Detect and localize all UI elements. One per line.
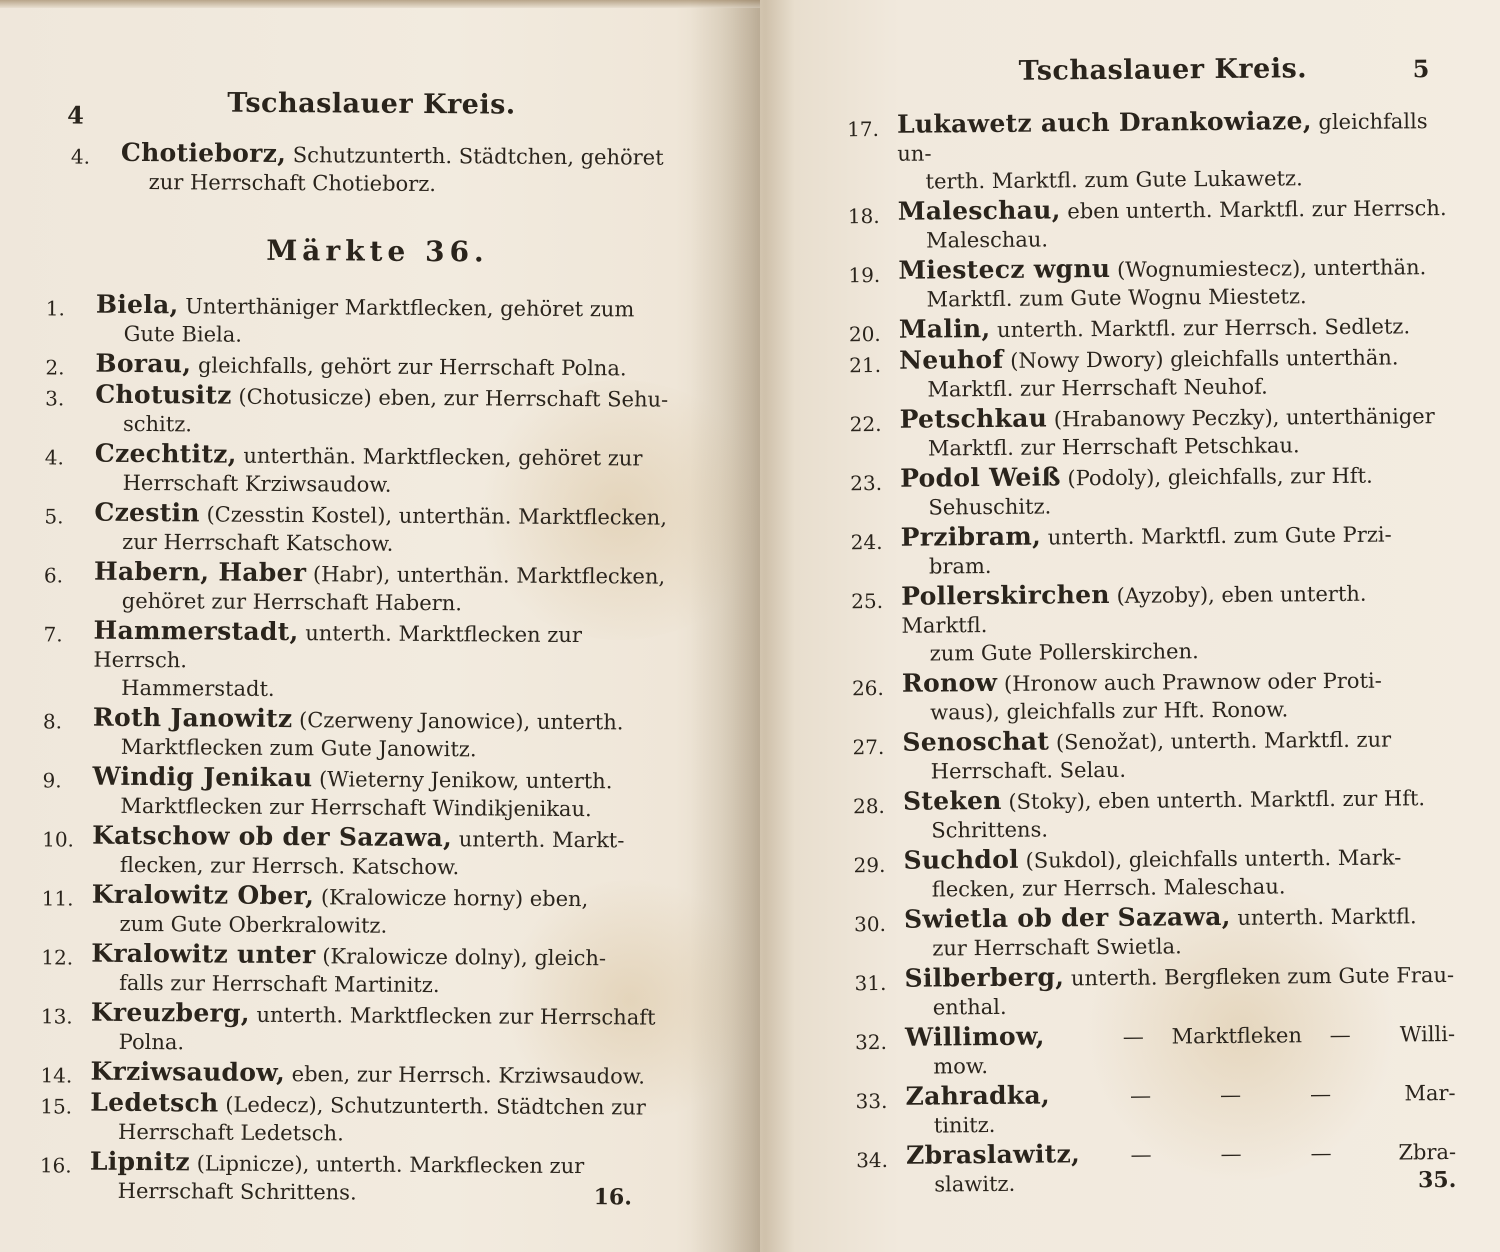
entry-description: (Kralowicze dolny), gleich- [322,944,606,970]
ditto-dash: — [1275,1080,1365,1109]
entry-number: 16. [40,1151,86,1179]
ditto-dash: — [1095,1022,1172,1051]
entry-description: Unterthäniger Marktflecken, gehöret zum [185,294,634,321]
list-item: 31.Silberberg, unterth. Bergfleken zum G… [854,960,1454,1022]
entry-description: unterth. Marktfl. zum Gute Przi- [1048,523,1392,550]
entry-number: 9. [42,766,88,794]
section-title: Märkte 36. [266,234,489,269]
entry-number: 4. [71,142,117,170]
entry-description: (Czerweny Janowice), unterth. [299,708,624,734]
entry-continuation: waus), gleichfalls zur Hft. Ronow. [902,694,1452,727]
entry-number: 26. [852,674,898,702]
entry-place: Kralowitz Ober, [92,880,315,911]
entry-continuation: Marktfl. zur Herrschaft Neuhof. [899,371,1449,404]
list-item: 20.Malin, unterth. Marktfl. zur Herrsch.… [849,311,1449,345]
entry-description: eben, zur Herrsch. Krziwsaudow. [292,1062,645,1088]
entry-place: Willimow, [905,1022,1095,1052]
entry-place: Czestin [94,498,200,528]
entry-number: 24. [851,528,897,556]
book-spread: 4 Tschaslauer Kreis. 4. Chotieborz, Schu… [0,0,1500,1252]
list-item: 24.Przibram, unterth. Marktfl. zum Gute … [851,519,1451,581]
entry-number: 14. [40,1061,86,1089]
entry-number: 17. [847,115,893,143]
list-item: 9.Windig Jenikau (Wieterny Jenikow, unte… [42,762,672,823]
entry-continuation: Sehuschitz. [900,489,1450,522]
entry-place: Chotusitz [95,380,232,410]
page-number: 4 [67,100,84,129]
entry-continuation: terth. Marktfl. zum Gute Lukawetz. [897,163,1447,196]
list-item: 18.Maleschau, eben unterth. Marktfl. zur… [848,193,1448,255]
entry-continuation: zur Herrschaft Chotieborz. [121,168,671,200]
entry-continuation: Herrschaft. Selau. [903,753,1453,786]
entry-description: (Stoky), eben unterth. Marktfl. zur Hft. [1008,786,1425,814]
entry-place: Zahradka, [905,1081,1095,1111]
entry-number: 32. [855,1028,901,1056]
list-item: 12.Kralowitz unter (Kralowicze dolny), g… [41,939,671,1000]
entry-description: (Sukdol), gleichfalls unterth. Mark- [1025,845,1401,872]
list-item: 11.Kralowitz Ober, (Kralowicze horny) eb… [41,880,671,941]
entry-owner: Mar- [1365,1079,1455,1108]
list-item: 16.Lipnitz (Lipnicze), unterth. Markflec… [40,1147,670,1208]
entry-continuation: flecken, zur Herrsch. Katschow. [92,851,672,883]
entry-place: Czechtitz, [95,439,237,469]
entry-description: unterth. Markt- [459,827,625,852]
entry-continuation: zur Herrschaft Swietla. [904,930,1454,963]
entry-description: (Wieterny Jenikow, unterth. [319,767,613,793]
entry-continuation: Polna. [91,1028,671,1060]
entry-continuation: gehöret zur Herrschaft Habern. [94,587,674,619]
entry-number: 12. [41,943,87,971]
list-item: 32. Willimow, — Marktfleken — Willi- mow… [855,1019,1455,1081]
entry-place: Pollerskirchen [901,580,1110,611]
list-item: 14.Krziwsaudow, eben, zur Herrsch. Krziw… [40,1057,670,1090]
dash-row: Zahradka, — — — Mar- [905,1078,1455,1112]
dash-row: Willimow, — Marktfleken — Willi- [905,1019,1455,1053]
ditto-dash: — [1096,1140,1186,1169]
entry-continuation: Schrittens. [903,812,1453,845]
entry-continuation: Maleschau. [898,222,1448,255]
ditto-dash: — [1302,1021,1379,1050]
list-item: 10.Katschow ob der Sazawa, unterth. Mark… [42,821,672,882]
ditto-dash: — [1186,1140,1276,1169]
entry-number: 10. [42,825,88,853]
entry-continuation: flecken, zur Herrsch. Maleschau. [904,871,1454,904]
carryover-entry: 4. Chotieborz, Schutzunterth. Städtchen,… [71,138,671,201]
entry-description: Schutzunterth. Städtchen, gehöret [293,143,664,170]
list-item: 3.Chotusitz (Chotusicze) eben, zur Herrs… [45,380,675,441]
ditto-dash: — [1095,1081,1185,1110]
list-item: 13.Kreuzberg, unterth. Marktflecken zur … [41,998,671,1059]
list-item: 15.Ledetsch (Ledecz), Schutzunterth. Stä… [40,1088,670,1149]
right-page: Tschaslauer Kreis. 5 17.Lukawetz auch Dr… [760,0,1500,1252]
entry-description: (Chotusicze) eben, zur Herrschaft Sehu- [238,385,668,412]
entry-number: 28. [853,792,899,820]
entry-continuation: Marktflecken zur Herrschaft Windikjenika… [92,792,672,824]
list-item: 4. Chotieborz, Schutzunterth. Städtchen,… [71,138,671,199]
entry-continuation: Marktfl. zum Gute Wognu Miestetz. [898,281,1448,314]
entry-continuation: enthal. [905,989,1455,1022]
entry-number: 33. [855,1087,901,1115]
entry-place: Miestecz wgnu [898,254,1110,285]
entry-place: Neuhof [899,345,1004,375]
entry-number: 13. [41,1002,87,1030]
entry-continuation: Herrschaft Schrittens. [90,1177,670,1209]
entry-number: 4. [45,443,91,471]
entry-description: (Wognumiestecz), unterthän. [1117,255,1426,282]
entry-continuation: Gute Biela. [96,320,676,352]
entry-list: 1.Biela, Unterthäniger Marktflecken, geh… [40,290,676,1210]
entry-number: 34. [856,1146,902,1174]
entry-number: 18. [848,202,894,230]
entry-place: Windig Jenikau [92,762,312,793]
entry-place: Chotieborz, [121,138,286,168]
list-item: 4.Czechtitz, unterthän. Marktflecken, ge… [45,439,675,500]
entry-number: 21. [849,351,895,379]
entry-place: Hammerstadt, [94,616,299,646]
entry-place: Senoschat [902,727,1049,757]
entry-continuation: slawitz. [906,1170,1015,1199]
list-item: 28.Steken (Stoky), eben unterth. Marktfl… [853,783,1453,845]
entry-number: 3. [45,384,91,412]
entry-place: Katschow ob der Sazawa, [92,821,452,853]
entry-continuation: zur Herrschaft Katschow. [94,528,674,560]
entry-number: 11. [42,884,88,912]
ditto-dash: — [1185,1081,1275,1110]
entry-place: Kralowitz unter [91,939,315,970]
list-item: 5.Czestin (Czesstin Kostel), unterthän. … [44,498,674,559]
list-item: 27.Senoschat (Senožat), unterth. Marktfl… [852,724,1452,786]
entry-place: Lipnitz [90,1147,190,1177]
list-item: 25.Pollerskirchen (Ayzoby), eben unterth… [851,578,1452,668]
entry-number: 6. [44,561,90,589]
entry-number: 29. [853,851,899,879]
entry-description: (Senožat), unterth. Marktfl. zur [1056,728,1391,755]
entry-continuation: mow. [905,1048,1455,1081]
list-item: 34. Zbraslawitz, — — — Zbra- slawitz. 35… [856,1137,1456,1199]
entry-place: Przibram, [901,522,1042,552]
entry-continuation: Hammerstadt. [93,674,673,706]
entry-place: Krziwsaudow, [90,1057,285,1087]
ditto-dash: — [1276,1139,1366,1168]
list-item: 26.Ronow (Hronow auch Prawnow oder Proti… [852,665,1452,727]
entry-continuation: schitz. [95,410,675,442]
entry-place: Habern, Haber [94,557,306,587]
list-item: 33. Zahradka, — — — Mar- tinitz. [855,1078,1455,1140]
entry-continuation: zum Gute Pollerskirchen. [902,635,1452,668]
page-number: 5 [1412,54,1429,83]
running-head: Tschaslauer Kreis. [227,88,516,121]
entry-place: Maleschau, [898,195,1061,225]
list-item: 19.Miestecz wgnu (Wognumiestecz), untert… [848,252,1448,314]
entry-continuation: Marktflecken zum Gute Janowitz. [93,733,673,765]
dash-row: Zbraslawitz, — — — Zbra- [906,1137,1456,1171]
entry-place: Podol Weiß [900,462,1061,492]
entry-continuation: bram. [901,548,1451,581]
list-item: 2.Borau, gleichfalls, gehört zur Herrsch… [45,349,675,382]
list-item: 1.Biela, Unterthäniger Marktflecken, geh… [46,290,676,351]
list-item: 21.Neuhof (Nowy Dwory) gleichfalls unter… [849,342,1449,404]
entry-number: 7. [43,620,89,648]
entry-number: 20. [849,320,895,348]
entry-description: Marktfleken [1171,1021,1302,1050]
entry-description: (Hronow auch Prawnow oder Proti- [1004,669,1382,696]
entry-number: 31. [854,969,900,997]
entry-description: unterth. Marktfl. zur Herrsch. Sedletz. [997,314,1410,342]
entry-place: Kreuzberg, [91,998,250,1028]
entry-continuation: Herrschaft Ledetsch. [90,1118,670,1150]
entry-continuation: falls zur Herrschaft Martinitz. [91,969,671,1001]
entry-description: unterth. Marktflecken zur Herrschaft [256,1003,655,1030]
entry-number: 25. [851,587,897,615]
entry-place: Malin, [899,314,991,344]
entry-place: Borau, [95,349,191,379]
entry-description: eben unterth. Marktfl. zur Herrsch. [1067,196,1446,223]
entry-number: 2. [45,353,91,381]
entry-number: 1. [46,294,92,322]
list-item: 23.Podol Weiß (Podoly), gleichfalls, zur… [850,460,1450,522]
entry-list: 17.Lukawetz auch Drankowiaze, gleichfall… [847,106,1456,1201]
catchword: 35. [1418,1166,1457,1194]
entry-description: unterthän. Marktflecken, gehöret zur [243,444,642,471]
entry-number: 5. [44,502,90,530]
entry-place: Roth Janowitz [93,703,293,733]
list-item: 29.Suchdol (Sukdol), gleichfalls unterth… [853,842,1453,904]
list-item: 30.Swietla ob der Sazawa, unterth. Markt… [854,901,1454,963]
entry-description: unterth. Bergfleken zum Gute Frau- [1071,963,1454,990]
entry-description: (Ledecz), Schutzunterth. Städtchen zur [225,1093,646,1120]
entry-number: 22. [850,410,896,438]
entry-continuation: tinitz. [906,1107,1456,1140]
entry-continuation: Marktfl. zur Herrschaft Petschkau. [900,430,1450,463]
entry-description: (Habr), unterthän. Marktflecken, [313,562,665,588]
entry-description: (Czesstin Kostel), unterthän. Marktfleck… [206,502,667,529]
entry-owner: Willi- [1378,1020,1455,1049]
entry-place: Silberberg, [904,962,1064,992]
entry-place: Swietla ob der Sazawa, [904,902,1231,934]
entry-description: (Lipnicze), unterth. Markflecken zur [197,1151,585,1178]
entry-description: (Podoly), gleichfalls, zur Hft. [1067,464,1372,491]
entry-continuation: zum Gute Oberkralowitz. [91,910,671,942]
list-item: 6.Habern, Haber (Habr), unterthän. Markt… [44,557,674,618]
entry-place: Steken [903,786,1002,816]
entry-place: Ledetsch [90,1088,218,1118]
list-item: 7.Hammerstadt, unterth. Marktflecken zur… [43,616,674,705]
entry-number: 23. [850,469,896,497]
entry-continuation: Herrschaft Krziwsaudow. [95,469,675,501]
left-page: 4 Tschaslauer Kreis. 4. Chotieborz, Schu… [0,0,760,1252]
entry-place: Ronow [902,668,998,698]
entry-place: Lukawetz auch Drankowiaze, [897,106,1312,139]
entry-place: Petschkau [900,404,1048,434]
list-item: 8.Roth Janowitz (Czerweny Janowice), unt… [43,703,673,764]
list-item: 22.Petschkau (Hrabanowy Peczky), unterth… [850,401,1450,463]
entry-description: (Kralowicze horny) eben, [321,885,589,911]
running-head: Tschaslauer Kreis. [1018,53,1307,87]
entry-place: Zbraslawitz, [906,1140,1096,1170]
list-item: 17.Lukawetz auch Drankowiaze, gleichfall… [847,106,1448,196]
entry-number: 27. [852,733,898,761]
catchword: 16. [594,1184,632,1210]
entry-description: (Hrabanowy Peczky), unterthäniger [1054,404,1435,431]
entry-place: Suchdol [903,845,1019,875]
entry-number: 15. [40,1092,86,1120]
entry-description: (Nowy Dwory) gleichfalls unterthän. [1010,345,1399,372]
entry-number: 30. [854,910,900,938]
entry-number: 19. [848,261,894,289]
entry-number: 8. [43,707,89,735]
entry-owner: Zbra- [1366,1138,1456,1167]
entry-description: unterth. Marktfl. [1237,904,1416,930]
entry-place: Biela, [96,290,179,320]
entry-description: gleichfalls, gehört zur Herrschaft Polna… [198,353,627,380]
